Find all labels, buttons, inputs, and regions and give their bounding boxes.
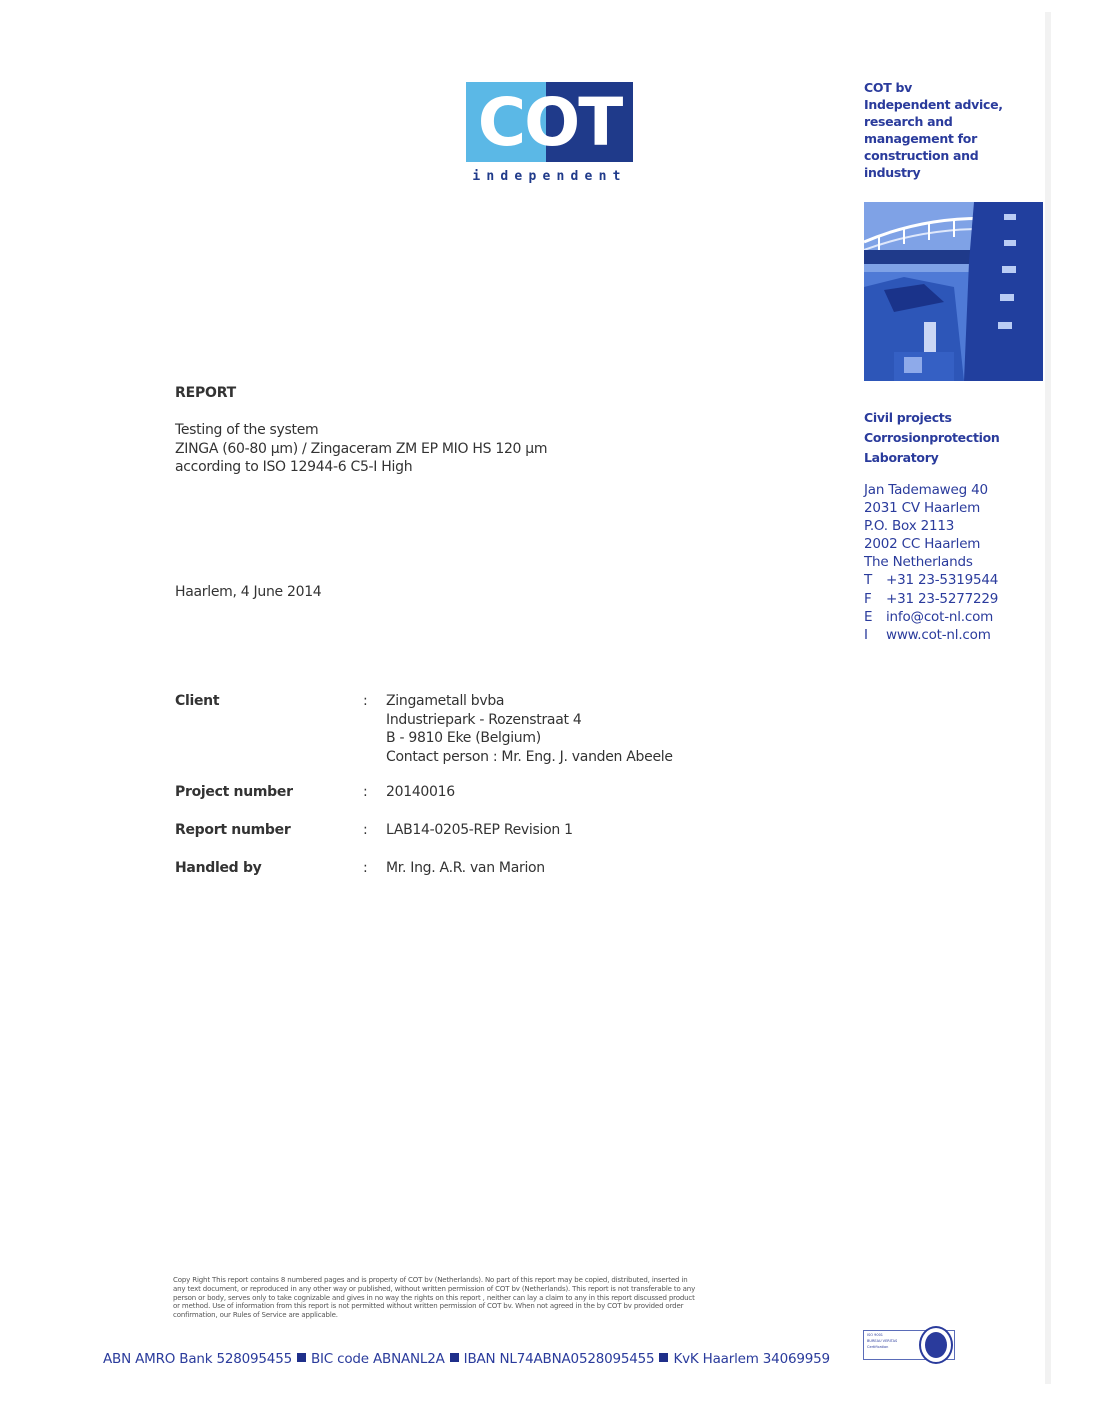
- bridge-building-photo: [864, 202, 1043, 381]
- contact-email-link[interactable]: info@cot-nl.com: [886, 608, 993, 626]
- disclaimer-line: person or body, serves only to take cogn…: [173, 1294, 828, 1303]
- contact-value: +31 23-5277229: [886, 590, 998, 608]
- info-label: Project number: [175, 784, 363, 822]
- logo-letter-c: C: [478, 84, 524, 161]
- contact-key: E: [864, 608, 886, 626]
- logo-tagline: independent: [466, 169, 633, 184]
- info-row-project-number: Project number : 20140016: [175, 784, 673, 822]
- disclaimer-line: any text document, or reproduced in any …: [173, 1285, 828, 1294]
- square-bullet-icon: [450, 1353, 459, 1362]
- department-laboratory: Laboratory: [864, 448, 1000, 468]
- report-heading: REPORT: [175, 385, 236, 401]
- contact-website-link[interactable]: www.cot-nl.com: [886, 626, 991, 644]
- copyright-disclaimer: Copy Right This report contains 8 number…: [173, 1276, 828, 1320]
- bank-details: ABN AMRO Bank 528095455BIC code ABNANL2A…: [103, 1351, 830, 1367]
- cert-text: ISO 9001 BUREAU VERITAS Certification: [867, 1332, 907, 1350]
- department-corrosionprotection: Corrosionprotection: [864, 428, 1000, 448]
- company-address: Jan Tademaweg 40 2031 CV Haarlem P.O. Bo…: [864, 481, 998, 644]
- info-colon: :: [363, 784, 386, 822]
- report-title-line: ZINGA (60-80 µm) / Zingaceram ZM EP MIO …: [175, 440, 547, 459]
- client-street: Industriepark - Rozenstraat 4: [386, 711, 673, 730]
- contact-key: T: [864, 571, 886, 589]
- info-colon: :: [363, 860, 386, 876]
- bureau-veritas-certification-seal: ISO 9001 BUREAU VERITAS Certification: [863, 1326, 955, 1366]
- contact-value: +31 23-5319544: [886, 571, 998, 589]
- info-colon: :: [363, 822, 386, 860]
- square-bullet-icon: [659, 1353, 668, 1362]
- company-line: industry: [864, 164, 1003, 181]
- info-colon: :: [363, 692, 386, 784]
- client-city: B - 9810 Eke (Belgium): [386, 729, 673, 748]
- company-line: management for: [864, 130, 1003, 147]
- square-bullet-icon: [297, 1353, 306, 1362]
- contact-key: F: [864, 590, 886, 608]
- logo-letter-t: T: [578, 84, 621, 161]
- address-line: 2031 CV Haarlem: [864, 499, 998, 517]
- contact-email: E info@cot-nl.com: [864, 608, 998, 626]
- client-contact: Contact person : Mr. Eng. J. vanden Abee…: [386, 748, 673, 767]
- departments: Civil projects Corrosionprotection Labor…: [864, 408, 1000, 468]
- contact-key: I: [864, 626, 886, 644]
- info-label: Report number: [175, 822, 363, 860]
- seal-inner: [925, 1332, 947, 1358]
- info-row-client: Client : Zingametall bvba Industriepark …: [175, 692, 673, 784]
- address-line: The Netherlands: [864, 553, 998, 571]
- contact-website: I www.cot-nl.com: [864, 626, 998, 644]
- kvk-number: KvK Haarlem 34069959: [673, 1351, 829, 1367]
- page-edge-strip: [1045, 12, 1051, 1384]
- bank-account: ABN AMRO Bank 528095455: [103, 1351, 292, 1367]
- report-date: Haarlem, 4 June 2014: [175, 584, 321, 600]
- report-title-line: according to ISO 12944-6 C5-I High: [175, 458, 547, 477]
- client-name: Zingametall bvba: [386, 692, 673, 711]
- department-civil-projects: Civil projects: [864, 408, 1000, 428]
- contact-fax: F +31 23-5277229: [864, 590, 998, 608]
- logo-letters: C O T: [466, 82, 633, 162]
- address-line: 2002 CC Haarlem: [864, 535, 998, 553]
- report-info-table: Client : Zingametall bvba Industriepark …: [175, 692, 673, 876]
- project-number-value: 20140016: [386, 784, 455, 822]
- report-title: Testing of the system ZINGA (60-80 µm) /…: [175, 421, 547, 477]
- disclaimer-line: Copy Right This report contains 8 number…: [173, 1276, 828, 1285]
- company-line: construction and: [864, 147, 1003, 164]
- disclaimer-line: or method. Use of information from this …: [173, 1302, 828, 1311]
- contact-phone: T +31 23-5319544: [864, 571, 998, 589]
- disclaimer-line: confirmation, our Rules of Service are a…: [173, 1311, 828, 1320]
- bic-code: BIC code ABNANL2A: [311, 1351, 445, 1367]
- logo-letter-o: O: [524, 84, 578, 161]
- address-line: Jan Tademaweg 40: [864, 481, 998, 499]
- report-number-value: LAB14-0205-REP Revision 1: [386, 822, 573, 860]
- company-line: research and: [864, 113, 1003, 130]
- company-line: Independent advice,: [864, 96, 1003, 113]
- info-row-handled-by: Handled by : Mr. Ing. A.R. van Marion: [175, 860, 673, 876]
- certification-seal-icon: [919, 1326, 953, 1364]
- company-line: COT bv: [864, 79, 1003, 96]
- info-label: Client: [175, 692, 363, 784]
- address-line: P.O. Box 2113: [864, 517, 998, 535]
- company-description: COT bv Independent advice, research and …: [864, 79, 1003, 181]
- cert-line: Certification: [867, 1344, 907, 1350]
- info-label: Handled by: [175, 860, 363, 876]
- info-row-report-number: Report number : LAB14-0205-REP Revision …: [175, 822, 673, 860]
- client-details: Zingametall bvba Industriepark - Rozenst…: [386, 692, 673, 784]
- handled-by-value: Mr. Ing. A.R. van Marion: [386, 860, 545, 876]
- iban: IBAN NL74ABNA0528095455: [464, 1351, 655, 1367]
- report-title-line: Testing of the system: [175, 421, 547, 440]
- cot-logo: C O T independent: [466, 82, 633, 186]
